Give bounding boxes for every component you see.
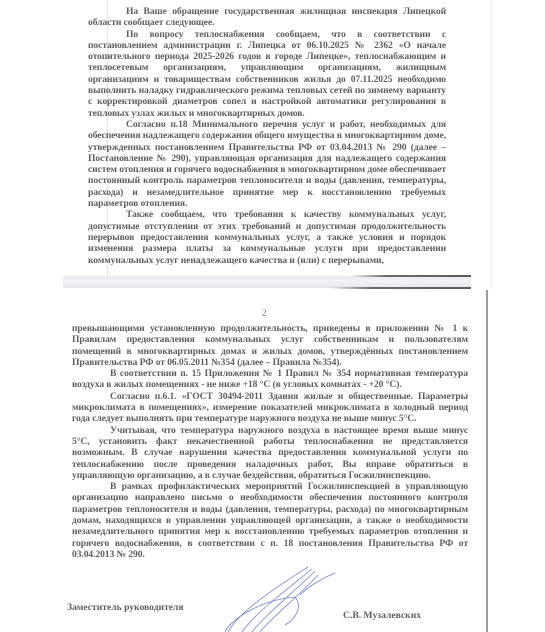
scan-border-line (491, 0, 492, 290)
page-separator-shadow (350, 275, 471, 277)
page-2-body: превышающими установленную продолжительн… (72, 323, 468, 560)
paragraph-heating-schedule: По вопросу теплоснабжения сообщаем, что … (88, 29, 446, 119)
page-separator-shadow (330, 287, 471, 289)
signature-icon (200, 565, 370, 632)
paragraph-preventive-measures: В рамках профилактических мероприятий Го… (72, 481, 468, 560)
page-edge (486, 290, 488, 632)
page-number: 2 (262, 308, 267, 318)
signatory-position: Заместитель руководителя (67, 602, 184, 613)
paragraph-quality-requirements: Также сообщаем, что требования к качеств… (88, 209, 446, 265)
page-1-body: На Ваше обращение государственная жилищн… (88, 6, 446, 266)
paragraph-outdoor-temperature: Учитывая, что температура наружного возд… (72, 425, 468, 481)
paragraph-norm-temperature: В соответствии п. 15 Приложения № 1 Прав… (72, 368, 468, 391)
paragraph-intro: На Ваше обращение государственная жилищн… (88, 6, 446, 29)
paragraph-gost: Согласно п.6.1. «ГОСТ 30494-2011 Здания … (72, 391, 468, 425)
paragraph-continuation: превышающими установленную продолжительн… (72, 323, 468, 368)
paragraph-minimal-list: Согласно п.18 Минимального перечня услуг… (88, 119, 446, 209)
